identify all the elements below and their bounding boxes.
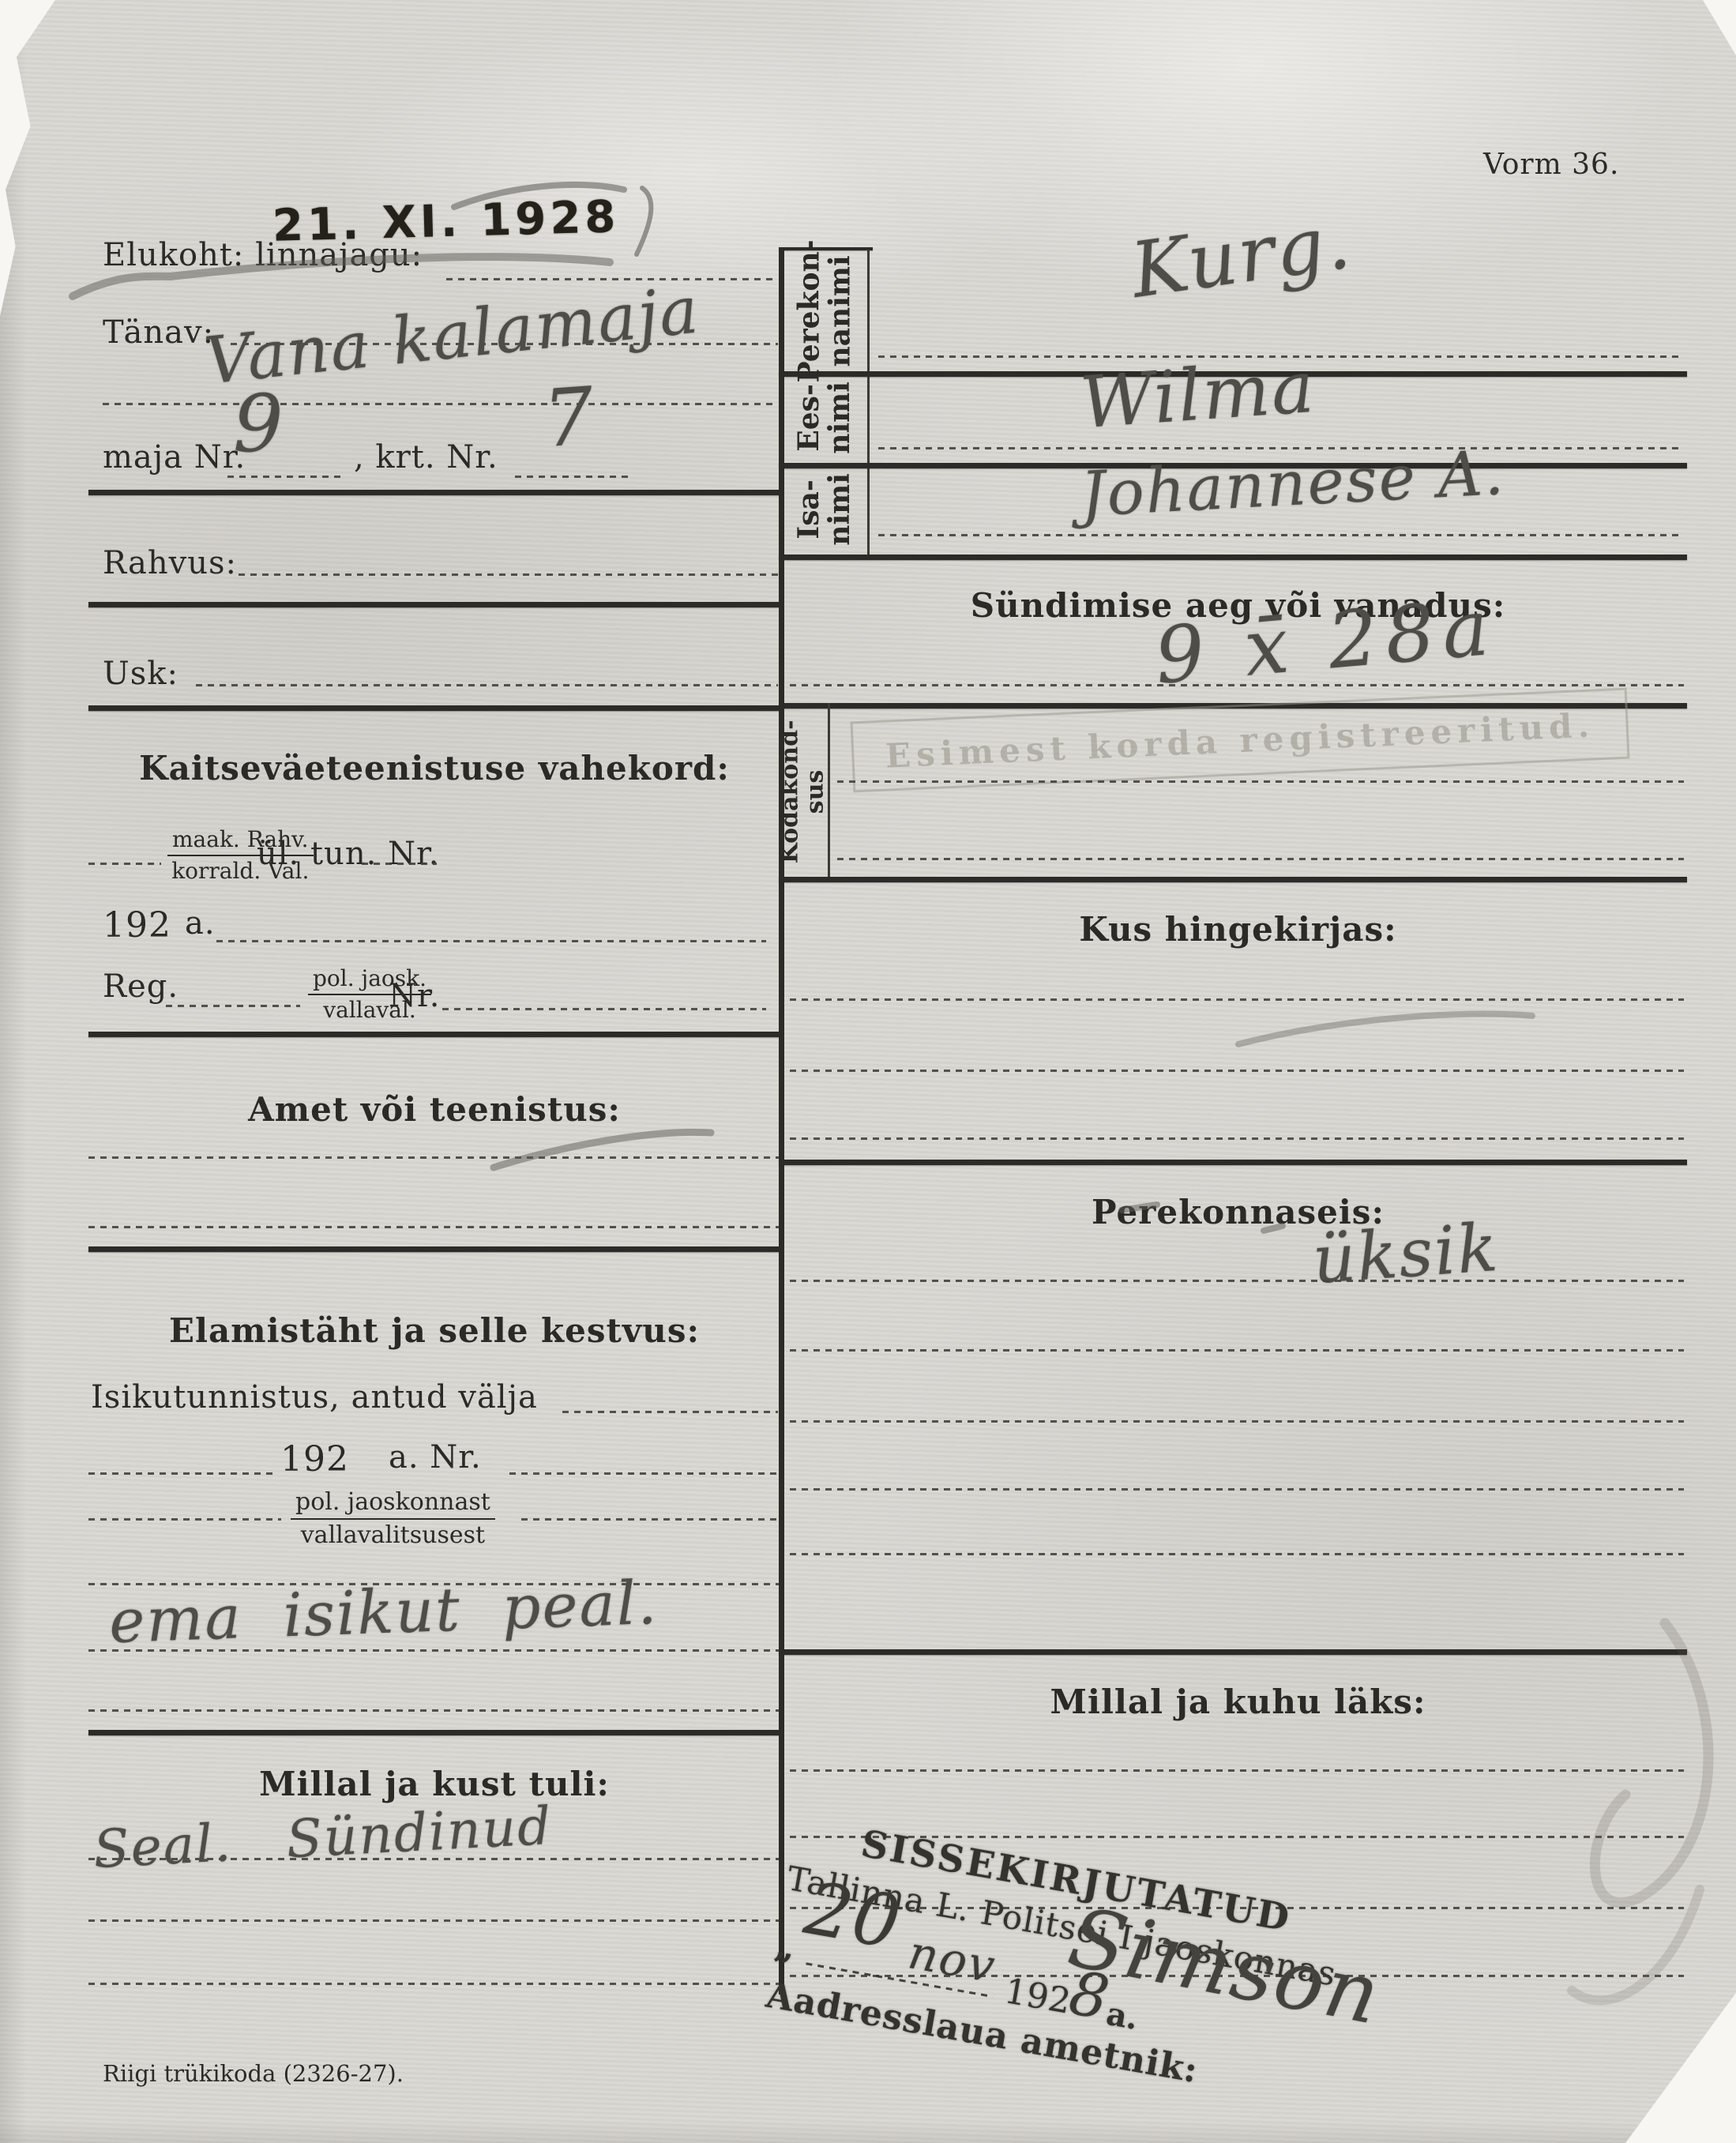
registration-card: Vorm 36. 21. XI. 1928 Elukoht: linnajagu…: [0, 0, 1736, 2143]
pencil-stroke: [494, 1132, 711, 1167]
pencil-stroke: [1264, 1226, 1283, 1231]
pencil-stroke: [1238, 1014, 1532, 1044]
pencil-stroke: [1122, 1205, 1157, 1210]
pencil-scribble: [1595, 1623, 1708, 1903]
pencil-scribble: [1572, 1889, 1700, 2000]
pencil-stroke: [73, 257, 610, 296]
pencil-stroke: [637, 188, 651, 254]
pencil-stroke: [454, 185, 624, 207]
pencil-marks-overlay: [0, 0, 1736, 2143]
